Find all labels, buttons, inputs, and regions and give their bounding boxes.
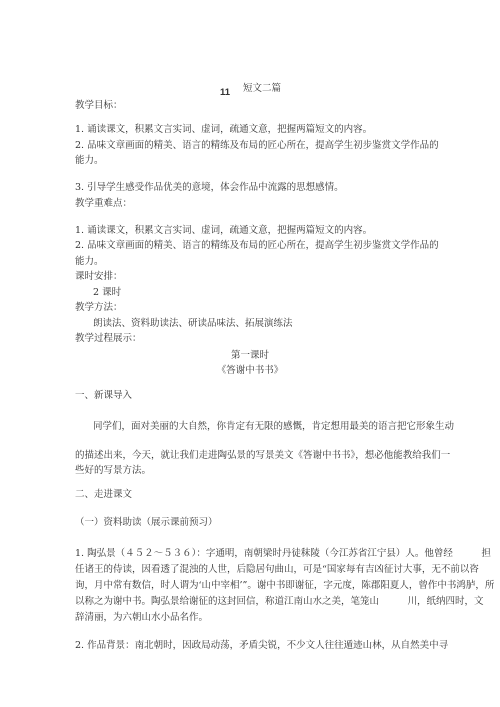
lesson-period: 第一课时 bbox=[0, 350, 500, 362]
item2-line: 2. 作品背景：南北朝时，因政局动荡，矛盾尖锐，不少文人往往遁迹山林，从自然美中… bbox=[75, 640, 448, 652]
item1-line: 询，月中常有数信，时人谓为‘山中宰相’”。谢中书即谢征，字元度，陈郡阳夏人，曾作… bbox=[75, 580, 494, 592]
section2-heading: 二、走进课文 bbox=[75, 489, 132, 501]
schedule-value: 2 课时 bbox=[93, 287, 121, 299]
subsection1-heading: （一）资料助读（展示课前预习） bbox=[75, 517, 218, 529]
item1-line: 以称之为谢中书。陶弘景给谢征的这封回信，称道江南山水之美，笔笼山 川，纸纳四时，… bbox=[75, 596, 484, 608]
section1-paragraph-line: 的描述出来，今天，就让我们走进陶弘景的写景美文《答谢中书书》，想必他能教给我们一 bbox=[75, 450, 450, 462]
document-title: 短文二篇 bbox=[243, 83, 281, 95]
lesson-number: 11 bbox=[220, 87, 230, 99]
objective-item: 3. 引导学生感受作品优美的意境，体会作品中流露的思想感情。 bbox=[75, 182, 344, 194]
item1-line: 辞清丽，为六朝山水小品名作。 bbox=[75, 612, 208, 624]
key-point-item: 1. 诵读课文，积累文言实词、虚词，疏通文意，把握两篇短文的内容。 bbox=[75, 225, 372, 237]
item1-line: 1. 陶弘景（４５２～５３６）：字通明，南朝梁时丹徒秣陵（今江苏省江宁县）人。他… bbox=[75, 548, 491, 560]
schedule-heading: 课时安排： bbox=[75, 271, 123, 283]
process-heading: 教学过程展示： bbox=[75, 333, 142, 345]
objectives-heading: 教学目标： bbox=[75, 100, 123, 112]
section1-heading: 一、新课导入 bbox=[75, 390, 132, 402]
key-point-item: 2. 品味文章画面的精美、语言的精练及布局的匠心所在，提高学生初步鉴赏文学作品的 bbox=[75, 240, 439, 252]
section1-paragraph-line: 同学们，面对美丽的大自然，你肯定有无限的感慨，肯定想用最美的语言把它形象生动 bbox=[93, 421, 454, 433]
methods-value: 朗读法、资料助读法、研读品味法、拓展演练法 bbox=[93, 318, 293, 330]
methods-heading: 教学方法： bbox=[75, 302, 123, 314]
text-title: 《答谢中书书》 bbox=[0, 365, 500, 377]
objective-item: 能力。 bbox=[75, 155, 104, 167]
key-point-item: 能力。 bbox=[75, 256, 104, 268]
item1-line: 任诸王的侍读，因看透了混浊的人世，后隐居句曲山，可是“国家每有吉凶征讨大事，无不… bbox=[75, 564, 479, 576]
section1-paragraph-line: 些好的写景方法。 bbox=[75, 465, 151, 477]
key-points-heading: 教学重难点： bbox=[75, 198, 132, 210]
objective-item: 1. 诵读课文，积累文言实词、虚词，疏通文意，把握两篇短文的内容。 bbox=[75, 124, 372, 136]
objective-item: 2. 品味文章画面的精美、语言的精练及布局的匠心所在，提高学生初步鉴赏文学作品的 bbox=[75, 140, 439, 152]
